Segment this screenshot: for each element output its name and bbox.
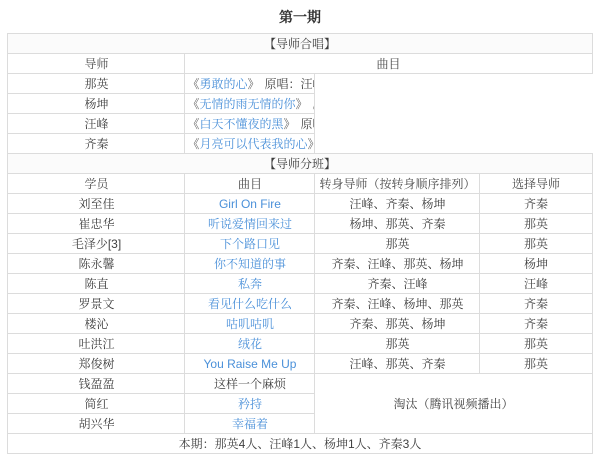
episode-summary: 本期：那英4人、汪峰1人、杨坤1人、齐秦3人	[8, 434, 592, 454]
song-link[interactable]: 听说爱情回来过	[208, 217, 292, 231]
song-cell: Girl On Fire	[185, 194, 315, 214]
turned-coaches: 齐秦、汪峰、那英、杨坤	[315, 254, 480, 274]
song-link[interactable]: 无情的雨无情的你	[200, 97, 296, 111]
song-cell: 听说爱情回来过	[185, 214, 315, 234]
song-link[interactable]: 月亮可以代表我的心	[200, 137, 308, 151]
turned-coaches: 那英	[315, 234, 480, 254]
selected-coach: 那英	[480, 234, 592, 254]
summary-row: 本期：那英4人、汪峰1人、杨坤1人、齐秦3人	[8, 434, 592, 454]
bracket-open: 《	[187, 137, 199, 151]
duet-song-cell: 《白天不懂夜的黑》原唱：那英	[185, 114, 315, 134]
student-row: 刘至佳 Girl On Fire 汪峰、齐秦、杨坤 齐秦	[8, 194, 592, 214]
section-title-coach-assignment: 【导师分班】	[8, 154, 592, 174]
song-cell: 下个路口见	[185, 234, 315, 254]
song-link[interactable]: You Raise Me Up	[204, 357, 297, 371]
student-name: 郑俊树	[8, 354, 185, 374]
bracket-close: 》	[296, 97, 308, 111]
song-cell: 私奔	[185, 274, 315, 294]
student-row: 吐洪江 绒花 那英 那英	[8, 334, 592, 354]
song-cell: 看见什么吃什么	[185, 294, 315, 314]
student-row: 郑俊树 You Raise Me Up 汪峰、那英、齐秦 那英	[8, 354, 592, 374]
student-name: 陈直	[8, 274, 185, 294]
student-name: 胡兴华	[8, 414, 185, 434]
song-link[interactable]: 矜持	[238, 397, 262, 411]
selected-coach: 齐秦	[480, 314, 592, 334]
coach-name: 齐秦	[8, 134, 185, 154]
duet-row: 汪峰 《白天不懂夜的黑》原唱：那英	[8, 114, 592, 134]
student-name: 毛泽少[3]	[8, 234, 185, 254]
song-cell: 你不知道的事	[185, 254, 315, 274]
column-header-coach: 导师	[8, 54, 185, 74]
song-link[interactable]: 幸福着	[232, 417, 268, 431]
song-link[interactable]: 咕叽咕叽	[226, 317, 274, 331]
page-title: 第一期	[0, 0, 600, 33]
selected-coach: 杨坤	[480, 254, 592, 274]
student-name: 崔忠华	[8, 214, 185, 234]
duet-header-row: 导师 曲目	[8, 54, 592, 74]
selected-coach: 那英	[480, 334, 592, 354]
duet-row: 那英 《勇敢的心》原唱：汪峰	[8, 74, 592, 94]
eliminated-cell: 淘汰（腾讯视频播出）	[315, 374, 592, 434]
song-plain-text: 这样一个麻烦	[214, 377, 286, 391]
duet-song-cell: 《月亮可以代表我的心》原唱：杨坤	[185, 134, 315, 154]
original-singer-label: 原唱：	[301, 117, 315, 131]
bracket-close: 》	[308, 137, 315, 151]
bracket-open: 《	[187, 97, 199, 111]
selected-coach: 齐秦	[480, 194, 592, 214]
student-row: 楼沁 咕叽咕叽 齐秦、那英、杨坤 齐秦	[8, 314, 592, 334]
assignment-header-row: 学员 曲目 转身导师（按转身顺序排列） 选择导师	[8, 174, 592, 194]
column-header-song: 曲目	[185, 174, 315, 194]
original-singer: 汪峰	[301, 77, 315, 91]
song-cell: 这样一个麻烦	[185, 374, 315, 394]
song-cell: 绒花	[185, 334, 315, 354]
turned-coaches: 齐秦、汪峰	[315, 274, 480, 294]
student-row-eliminated: 钱盈盈 这样一个麻烦 淘汰（腾讯视频播出）	[8, 374, 592, 394]
original-singer-label: 原唱：	[313, 97, 315, 111]
song-link[interactable]: 你不知道的事	[214, 257, 286, 271]
song-link[interactable]: 看见什么吃什么	[208, 297, 292, 311]
duet-row: 杨坤 《无情的雨无情的你》原唱：齐秦	[8, 94, 592, 114]
song-link[interactable]: 绒花	[238, 337, 262, 351]
bracket-open: 《	[187, 117, 199, 131]
bracket-close: 》	[284, 117, 296, 131]
song-link[interactable]: Girl On Fire	[219, 197, 281, 211]
song-link[interactable]: 勇敢的心	[200, 77, 248, 91]
section-row-coach-assignment: 【导师分班】	[8, 154, 592, 174]
turned-coaches: 齐秦、那英、杨坤	[315, 314, 480, 334]
selected-coach: 汪峰	[480, 274, 592, 294]
column-header-student: 学员	[8, 174, 185, 194]
student-name: 吐洪江	[8, 334, 185, 354]
section-row-coach-duet: 【导师合唱】	[8, 34, 592, 54]
student-row: 毛泽少[3] 下个路口见 那英 那英	[8, 234, 592, 254]
turned-coaches: 汪峰、那英、齐秦	[315, 354, 480, 374]
duet-song-cell: 《无情的雨无情的你》原唱：齐秦	[185, 94, 315, 114]
student-row: 陈永馨 你不知道的事 齐秦、汪峰、那英、杨坤 杨坤	[8, 254, 592, 274]
coach-name: 那英	[8, 74, 185, 94]
song-link[interactable]: 私奔	[238, 277, 262, 291]
original-singer-label: 原唱：	[265, 77, 301, 91]
student-name: 罗景文	[8, 294, 185, 314]
turned-coaches: 那英	[315, 334, 480, 354]
turned-coaches: 汪峰、齐秦、杨坤	[315, 194, 480, 214]
student-row: 崔忠华 听说爱情回来过 杨坤、那英、齐秦 那英	[8, 214, 592, 234]
song-cell: 矜持	[185, 394, 315, 414]
coach-name: 汪峰	[8, 114, 185, 134]
turned-coaches: 齐秦、汪峰、杨坤、那英	[315, 294, 480, 314]
column-header-selected-coach: 选择导师	[480, 174, 592, 194]
episode-table: 【导师合唱】 导师 曲目 那英 《勇敢的心》原唱：汪峰 杨坤 《无情的雨无情的你…	[7, 33, 592, 454]
column-header-song: 曲目	[185, 54, 592, 74]
student-name: 陈永馨	[8, 254, 185, 274]
song-link[interactable]: 白天不懂夜的黑	[200, 117, 284, 131]
duet-song-cell: 《勇敢的心》原唱：汪峰	[185, 74, 315, 94]
column-header-turned-coaches: 转身导师（按转身顺序排列）	[315, 174, 480, 194]
duet-row: 齐秦 《月亮可以代表我的心》原唱：杨坤	[8, 134, 592, 154]
song-link[interactable]: 下个路口见	[220, 237, 280, 251]
student-name: 钱盈盈	[8, 374, 185, 394]
song-cell: 咕叽咕叽	[185, 314, 315, 334]
bracket-close: 》	[248, 77, 260, 91]
selected-coach: 齐秦	[480, 294, 592, 314]
bracket-open: 《	[187, 77, 199, 91]
song-cell: You Raise Me Up	[185, 354, 315, 374]
section-title-coach-duet: 【导师合唱】	[8, 34, 592, 54]
coach-name: 杨坤	[8, 94, 185, 114]
song-cell: 幸福着	[185, 414, 315, 434]
student-name: 简红	[8, 394, 185, 414]
student-row: 陈直 私奔 齐秦、汪峰 汪峰	[8, 274, 592, 294]
student-row: 罗景文 看见什么吃什么 齐秦、汪峰、杨坤、那英 齐秦	[8, 294, 592, 314]
student-name: 楼沁	[8, 314, 185, 334]
student-name: 刘至佳	[8, 194, 185, 214]
turned-coaches: 杨坤、那英、齐秦	[315, 214, 480, 234]
selected-coach: 那英	[480, 354, 592, 374]
selected-coach: 那英	[480, 214, 592, 234]
